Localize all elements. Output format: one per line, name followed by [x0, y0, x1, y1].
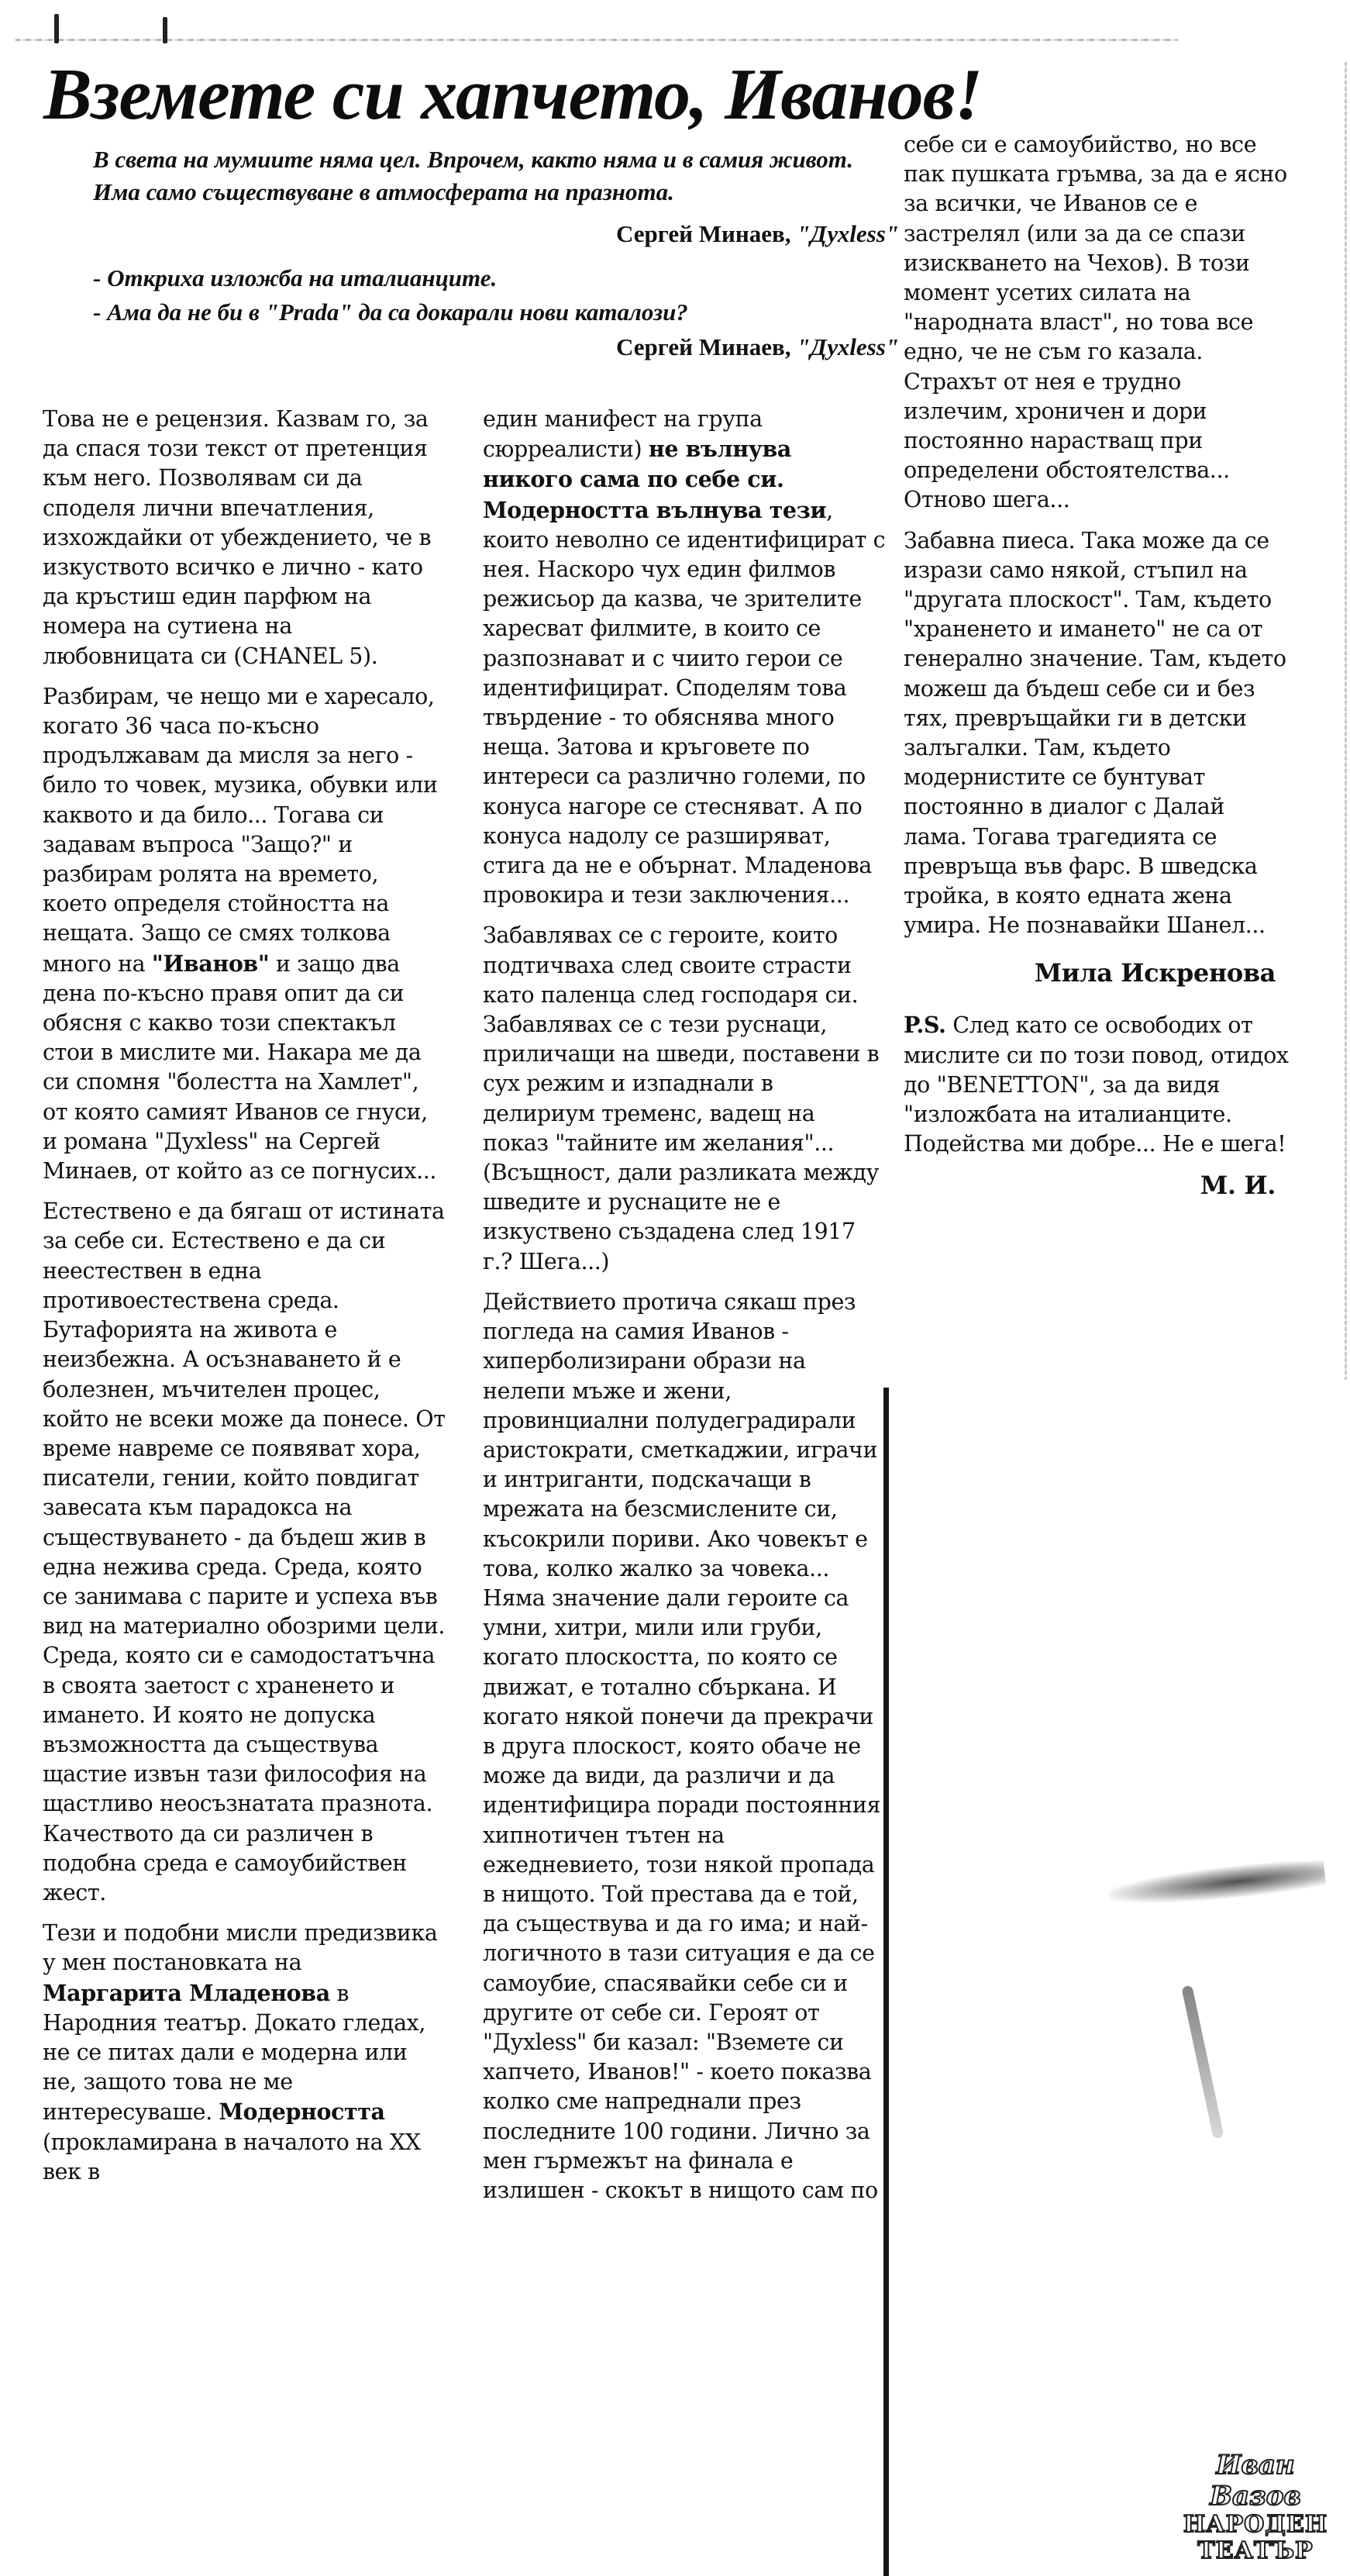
bold-run: Маргарита Младенова: [43, 1980, 330, 2006]
author-initials: М. И.: [904, 1171, 1276, 1200]
paragraph: Разбирам, че нещо ми е харесало, когато …: [43, 682, 446, 1186]
ps-label: P.S.: [904, 1012, 946, 1038]
article-column-2: един манифест на група сюрреалисти) не в…: [483, 405, 886, 2216]
text-run: (прокламирана в началото на XX век в: [43, 2129, 421, 2185]
attribution-work: "Духless": [797, 333, 899, 360]
paragraph: Това не е рецензия. Казвам го, за да спа…: [43, 405, 446, 671]
epigraph-quote: В света на мумиите няма цел. Впрочем, ка…: [93, 143, 899, 209]
paragraph: Действието протича сякаш през погледа на…: [483, 1288, 886, 2205]
scan-smudge: [1107, 1857, 1327, 1910]
text-run: и защо два дена по-късно правя опит да с…: [43, 951, 436, 1184]
top-scan-rule: [15, 39, 1178, 41]
column-divider: [1345, 62, 1347, 1380]
bold-run: Модерността: [219, 2098, 384, 2125]
logo-script: Иван Вазов: [1178, 2450, 1333, 2512]
postscript: P.S. След като се освободих от мислите с…: [904, 1010, 1291, 1159]
author-signature: Мила Искренова: [904, 956, 1276, 990]
paragraph: себе си е самоубийство, но все пак пушка…: [904, 130, 1291, 516]
epigraph-dialog-line: - Откриха изложба на италианците.: [93, 261, 899, 295]
logo-line: ТЕАТЪР: [1178, 2538, 1333, 2564]
attribution-author: Сергей Минаев,: [616, 333, 797, 360]
bold-run: "Иванов": [152, 950, 269, 977]
epigraph-attribution: Сергей Минаев, "Духless": [93, 218, 899, 250]
paragraph: Естествено е да бягаш от истината за себ…: [43, 1197, 446, 1908]
article-column-1: Това не е рецензия. Казвам го, за да спа…: [43, 405, 446, 2198]
epigraph: В света на мумиите няма цел. Впрочем, ка…: [93, 143, 899, 374]
text-run: , които неволно се идентифицират с нея. …: [483, 498, 885, 909]
crop-mark: [54, 14, 59, 43]
paragraph: Тези и подобни мисли предизвика у мен по…: [43, 1919, 446, 2187]
paragraph: Забавна пиеса. Така може да се изрази са…: [904, 526, 1291, 941]
paragraph: един манифест на група сюрреалисти) не в…: [483, 405, 886, 910]
article-headline: Вземете си хапчето, Иванов!: [43, 56, 1206, 133]
logo-line: НАРОДЕН: [1178, 2512, 1333, 2538]
text-run: Тези и подобни мисли предизвика у мен по…: [43, 1920, 438, 1975]
epigraph-dialog-line: - Ама да не би в "Prada" да са докарали …: [93, 295, 899, 329]
ps-text: След като се освободих от мислите си по …: [904, 1012, 1289, 1157]
scan-smudge: [1181, 1985, 1224, 2140]
national-theatre-logo: Иван Вазов НАРОДЕН ТЕАТЪР: [1178, 2450, 1333, 2550]
attribution-author: Сергей Минаев,: [616, 220, 797, 247]
article-column-3: себе си е самоубийство, но все пак пушка…: [904, 130, 1291, 1200]
text-run: Разбирам, че нещо ми е харесало, когато …: [43, 684, 438, 977]
paragraph: Забавлявах се с героите, които подтичвах…: [483, 921, 886, 1276]
crop-mark: [163, 17, 167, 43]
attribution-work: "Духless": [797, 220, 899, 247]
epigraph-attribution: Сергей Минаев, "Духless": [93, 331, 899, 364]
column-divider-bold: [883, 1388, 889, 2576]
